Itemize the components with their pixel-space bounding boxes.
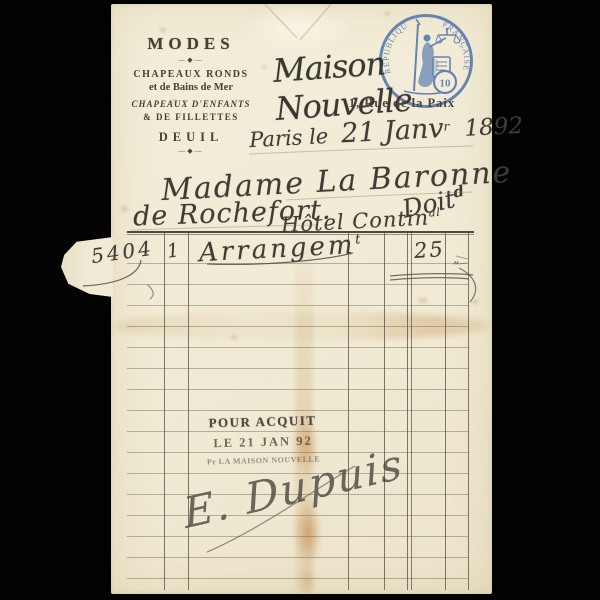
foxing-spot bbox=[471, 298, 480, 306]
row-price-francs: 25 bbox=[413, 237, 445, 263]
photo-background: 10 RÉPUBLIQUE FRANÇAISE MODES —◆— CHAPEA… bbox=[0, 0, 600, 600]
letterhead-line: & DE FILLETTES bbox=[129, 112, 253, 122]
foxing-spot bbox=[261, 64, 268, 70]
letterhead-line: CHAPEAUX RONDS bbox=[129, 69, 253, 80]
foxing-spot bbox=[119, 204, 130, 214]
house-address: 1, Rue de la Paix bbox=[317, 96, 487, 111]
column-rule-double bbox=[407, 232, 412, 590]
letterhead-line: et de Bains de Mer bbox=[129, 82, 253, 93]
row-price-centimes-mark: „ bbox=[453, 252, 459, 266]
acquit-line1: POUR ACQUIT bbox=[202, 412, 322, 431]
ornament: —◆— bbox=[129, 56, 253, 64]
foxing-spot bbox=[158, 26, 168, 34]
date-sup: r bbox=[443, 119, 449, 133]
letterhead-line: DEUIL bbox=[129, 130, 253, 145]
column-rule bbox=[468, 232, 469, 590]
acquit-stamp: POUR ACQUIT LE 21 JAN 92 Pr LA MAISON NO… bbox=[202, 412, 323, 466]
letterhead-title: MODES bbox=[129, 34, 253, 54]
column-rule bbox=[348, 232, 349, 590]
column-rule bbox=[164, 232, 165, 590]
column-rule bbox=[384, 232, 385, 590]
date-place: Paris le bbox=[249, 124, 329, 152]
column-rule bbox=[445, 232, 446, 590]
invoice-paper: 10 RÉPUBLIQUE FRANÇAISE MODES —◆— CHAPEA… bbox=[111, 4, 492, 594]
letterhead: MODES —◆— CHAPEAUX RONDS et de Bains de … bbox=[129, 34, 253, 157]
fold-crease-lines bbox=[263, 4, 333, 40]
letterhead-line: CHAPEAUX D'ENFANTS bbox=[129, 99, 253, 109]
acquit-line2: LE 21 JAN 92 bbox=[203, 433, 323, 451]
row-quantity: 1 bbox=[166, 239, 181, 262]
fold-crease-highlight bbox=[241, 4, 356, 52]
ornament: —◆— bbox=[129, 147, 253, 155]
date-year: 1892 bbox=[464, 113, 524, 142]
date-day-month: 21 Janv bbox=[340, 113, 444, 149]
